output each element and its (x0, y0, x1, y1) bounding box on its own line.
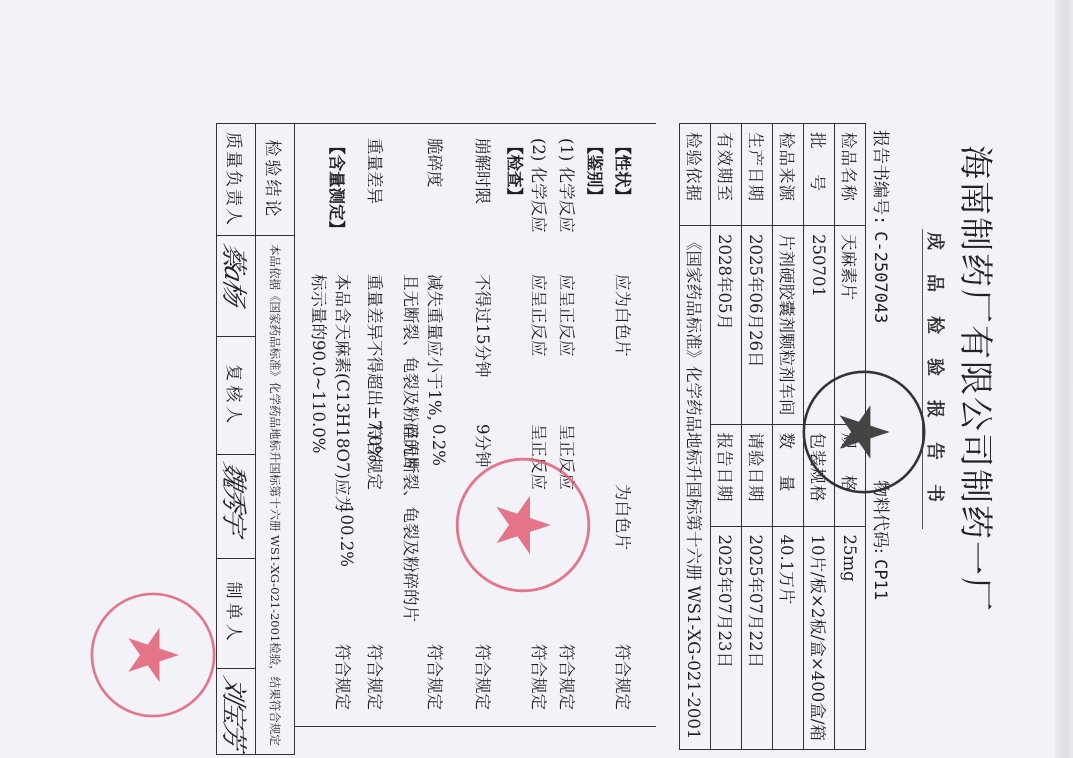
material-code-label: 物料代码: (870, 480, 890, 554)
friability-result-2: 且无断裂、龟裂及粉碎的片 (400, 424, 424, 622)
assay-label: 【含量测定】 (326, 138, 350, 237)
qa-signature: 蔡a杨 (217, 236, 256, 337)
request-date-label: 请验日期 (742, 424, 773, 526)
material-code: 物料代码: CP11 (870, 480, 895, 600)
test-results-section: 【性状】 应为白色片 为白色片 符合规定 【鉴别】 (1) 化学反应 应呈正反应… (294, 123, 656, 727)
disintegration-conclusion: 符合规定 (472, 644, 496, 710)
disintegration-standard: 不得过15分钟 (472, 274, 496, 378)
assay-standard-1: 本品含天麻素(C13H18O7)应为 (332, 274, 356, 512)
package-label: 包装规格 (804, 424, 835, 526)
basis-label: 检验依据 (680, 124, 711, 226)
ident1-standard: 应呈正反应 (556, 274, 580, 357)
company-name: 海南制药厂有限公司制药一厂 (954, 0, 1003, 758)
quantity-value: 40.1万片 (773, 526, 804, 749)
title-underline (922, 229, 923, 529)
table-row: 检品名称 天麻素片 规格 25mg (835, 124, 866, 750)
character-standard: 应为白色片 (612, 274, 636, 357)
expiry-value: 2028年05月 (711, 226, 742, 425)
preparer-signature: 刘宝芳 (217, 668, 256, 754)
product-name-value: 天麻素片 (835, 226, 866, 425)
assay-result: 100.2% (337, 504, 356, 567)
mfg-date-label: 生产日期 (742, 124, 773, 226)
ident2-label: (2) 化学反应 (528, 138, 552, 233)
basis-value: 《国家药品标准》化学药品地标升国标第十六册 WS1-XG-021-2001 (680, 226, 711, 750)
report-date-value: 2025年07月23日 (711, 526, 742, 749)
table-row: 检品来源 片剂硬胶囊剂颗粒剂车间 数量 40.1万片 (773, 124, 804, 750)
preparer-signature-text: 刘宝芳 (218, 673, 255, 750)
report-number-label: 报告书编号: (870, 130, 890, 225)
qa-label: 质量负责人 (217, 124, 256, 236)
conclusion-text: 本品依据《国家药品标准》化学药品地标升国标第十六册 WS1-XG-021-200… (256, 236, 295, 755)
document-title: 成品检验报告书 (923, 229, 949, 529)
friability-conclusion: 符合规定 (424, 644, 448, 710)
batch-label: 批号 (804, 124, 835, 226)
character-conclusion: 符合规定 (612, 644, 636, 710)
ident1-conclusion: 符合规定 (556, 644, 580, 710)
product-info-table: 检品名称 天麻素片 规格 25mg 批号 250701 包装规格 10片/板×2… (679, 123, 866, 750)
ident2-standard: 应呈正反应 (528, 274, 552, 357)
table-row: 有效期至 2028年05月 报告日期 2025年07月23日 (711, 124, 742, 750)
preparer-label: 制单人 (217, 558, 256, 668)
disintegration-result: 9分钟 (472, 424, 496, 468)
batch-value: 250701 (804, 226, 835, 425)
ident1-label: (1) 化学反应 (556, 138, 580, 233)
friability-standard-1: 减失重量应小于1%, (424, 274, 448, 421)
package-value: 10片/板×2板/盒×400盒/箱 (804, 526, 835, 749)
product-name-label: 检品名称 (835, 124, 866, 226)
ident1-result: 呈正反应 (556, 424, 580, 490)
report-number-value: C-2507043 (870, 231, 890, 323)
reviewer-signature: 魏秀宇 (217, 455, 256, 558)
reviewer-signature-text: 魏秀宇 (218, 460, 255, 537)
identification-label: 【鉴别】 (584, 138, 608, 204)
spec-value: 25mg (835, 526, 866, 749)
assay-standard-2: 标示量的90.0~110.0% (308, 274, 332, 453)
material-code-value: CP11 (870, 559, 890, 600)
assay-conclusion: 符合规定 (332, 644, 356, 710)
examination-label: 【检查】 (504, 138, 528, 204)
source-label: 检品来源 (773, 124, 804, 226)
reviewer-label: 复核人 (217, 337, 256, 455)
friability-result-1: 0.2% (429, 424, 448, 466)
conclusion-label: 检验结论 (256, 124, 295, 236)
weight-variation-label: 重量差异 (364, 138, 388, 204)
friability-label: 脆碎度 (424, 138, 448, 188)
ident2-result: 呈正反应 (528, 424, 552, 490)
table-row: 检验结论 本品依据《国家药品标准》化学药品地标升国标第十六册 WS1-XG-02… (256, 124, 295, 755)
table-row: 质量负责人 蔡a杨 复核人 魏秀宇 制单人 刘宝芳 (217, 124, 256, 755)
qa-signature-text: 蔡a杨 (218, 240, 255, 306)
weight-variation-conclusion: 符合规定 (364, 424, 388, 490)
source-value: 片剂硬胶囊剂颗粒剂车间 (773, 226, 804, 425)
expiry-label: 有效期至 (711, 124, 742, 226)
ident2-conclusion: 符合规定 (528, 644, 552, 710)
character-label: 【性状】 (612, 138, 636, 204)
mfg-date-value: 2025年06月26日 (742, 226, 773, 425)
table-row: 生产日期 2025年06月26日 请验日期 2025年07月22日 (742, 124, 773, 750)
qc-stamp (88, 590, 218, 720)
quantity-label: 数量 (773, 424, 804, 526)
weight-variation-conclusion-right: 符合规定 (364, 644, 388, 710)
table-row: 批号 250701 包装规格 10片/板×2板/盒×400盒/箱 (804, 124, 835, 750)
table-row: 检验依据 《国家药品标准》化学药品地标升国标第十六册 WS1-XG-021-20… (680, 124, 711, 750)
inspection-report-page: 海南制药厂有限公司制药一厂 成品检验报告书 报告书编号:C-2507043 物料… (0, 0, 1073, 758)
disintegration-label: 崩解时限 (472, 138, 496, 204)
signature-table: 检验结论 本品依据《国家药品标准》化学药品地标升国标第十六册 WS1-XG-02… (216, 123, 295, 755)
report-number: 报告书编号:C-2507043 (870, 130, 895, 323)
character-result: 为白色片 (612, 484, 636, 550)
report-date-label: 报告日期 (711, 424, 742, 526)
spec-label: 规格 (835, 424, 866, 526)
request-date-value: 2025年07月22日 (742, 526, 773, 749)
